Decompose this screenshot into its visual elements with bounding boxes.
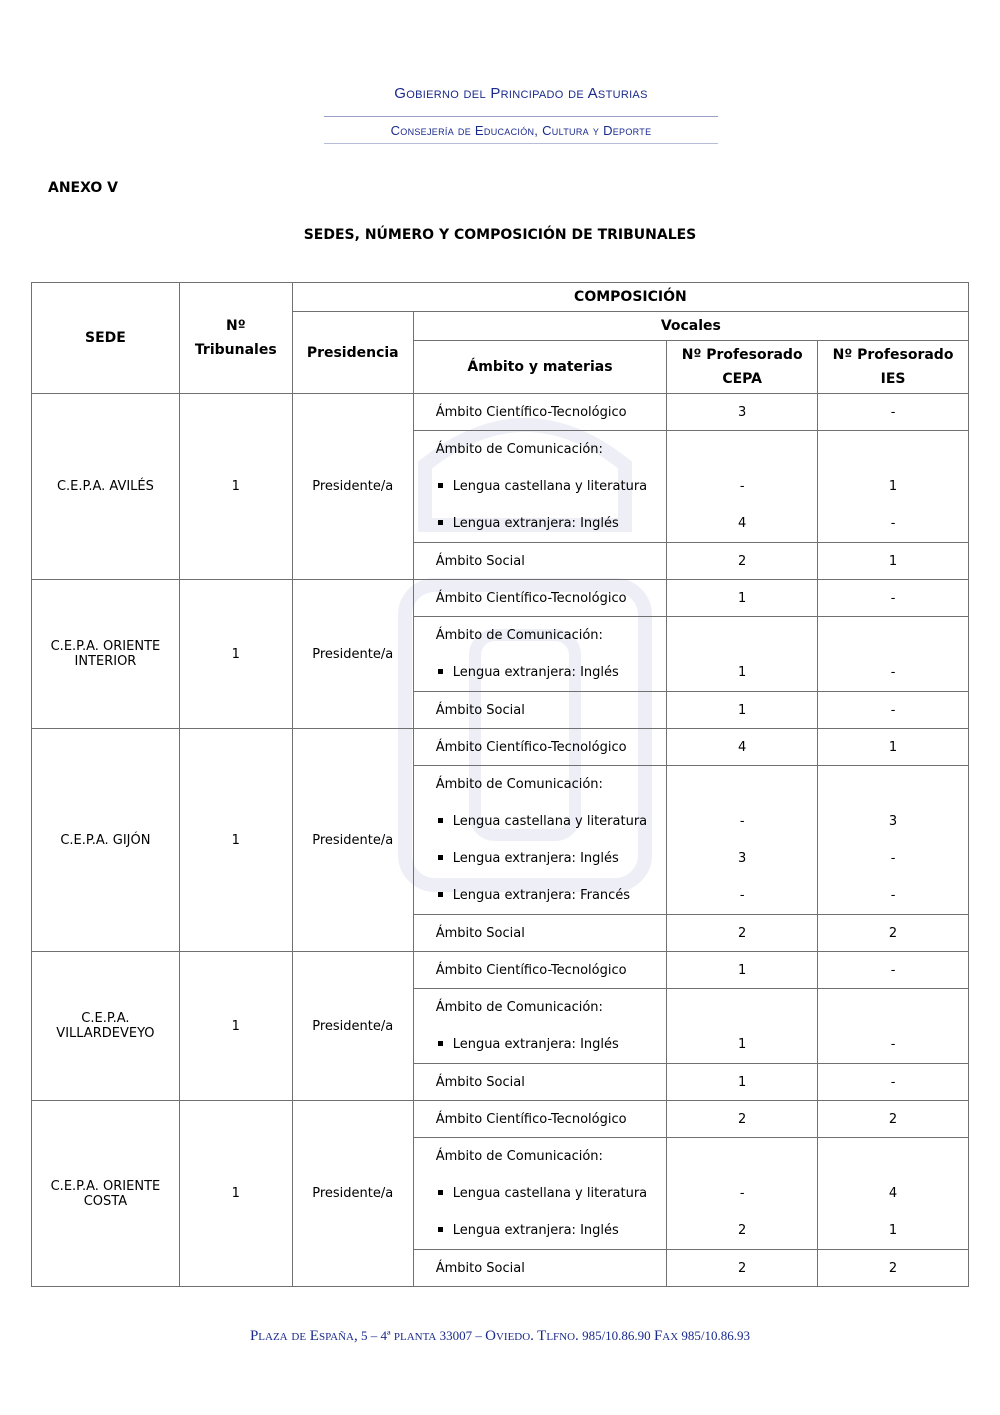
materia-label: Lengua extranjera: Inglés (453, 1223, 619, 1238)
ambito-label: Ámbito Social (413, 543, 667, 580)
spacer (818, 989, 968, 1026)
ambito-comunicacion: Ámbito de Comunicación:Lengua castellana… (413, 766, 667, 915)
spacer (818, 617, 968, 654)
tribunales-count: 1 (179, 394, 292, 580)
ies-value: - (818, 692, 969, 729)
ies-value: 1 (818, 543, 969, 580)
table-row: C.E.P.A. VILLARDEVEYO1Presidente/aÁmbito… (32, 952, 969, 989)
spacer (667, 989, 817, 1026)
presidencia-value: Presidente/a (292, 729, 413, 952)
cepa-value: 3 (667, 840, 817, 877)
materia-item: Lengua castellana y literatura (436, 468, 667, 505)
bullet-icon (438, 520, 443, 525)
header-vocales: Vocales (413, 312, 968, 341)
ambito-label: Ámbito de Comunicación: (436, 617, 667, 654)
ambito-comunicacion: Ámbito de Comunicación:Lengua extranjera… (413, 989, 667, 1064)
cepa-value: 1 (667, 654, 817, 691)
cepa-value: 4 (667, 729, 818, 766)
ambito-comunicacion: Ámbito de Comunicación:Lengua castellana… (413, 431, 667, 543)
presidencia-value: Presidente/a (292, 394, 413, 580)
materia-item: Lengua castellana y literatura (436, 1175, 667, 1212)
tribunales-count: 1 (179, 1101, 292, 1287)
materia-item: Lengua extranjera: Inglés (436, 840, 667, 877)
ambito-label: Ámbito Científico-Tecnológico (413, 580, 667, 617)
cepa-value: 1 (667, 692, 818, 729)
materia-item: Lengua extranjera: Inglés (436, 1026, 667, 1063)
tribunales-count: 1 (179, 952, 292, 1101)
header-ambito: Ámbito y materias (413, 341, 667, 394)
ies-values: 3-- (818, 766, 969, 915)
materia-label: Lengua extranjera: Inglés (453, 1037, 619, 1052)
bullet-icon (438, 669, 443, 674)
ies-value: - (818, 394, 969, 431)
cepa-values: 1 (667, 617, 818, 692)
ambito-label: Ámbito de Comunicación: (436, 989, 667, 1026)
materia-item: Lengua extranjera: Francés (436, 877, 667, 914)
cepa-value: 1 (667, 1064, 818, 1101)
tribunals-body: C.E.P.A. AVILÉS1Presidente/aÁmbito Cient… (32, 394, 969, 1287)
ies-value: 2 (818, 1101, 969, 1138)
table-row: C.E.P.A. ORIENTE INTERIOR1Presidente/aÁm… (32, 580, 969, 617)
ambito-label: Ámbito Científico-Tecnológico (413, 394, 667, 431)
ies-values: - (818, 989, 969, 1064)
materia-item: Lengua castellana y literatura (436, 803, 667, 840)
ies-value: - (818, 840, 968, 877)
materia-label: Lengua castellana y literatura (453, 1186, 647, 1201)
ambito-label: Ámbito Social (413, 692, 667, 729)
cepa-value: 2 (667, 915, 818, 952)
ies-value: 2 (818, 1250, 969, 1287)
table-row: C.E.P.A. AVILÉS1Presidente/aÁmbito Cient… (32, 394, 969, 431)
cepa-value: 2 (667, 1250, 818, 1287)
tribunales-count: 1 (179, 729, 292, 952)
spacer (667, 1138, 817, 1175)
ies-value: 3 (818, 803, 968, 840)
cepa-values: -2 (667, 1138, 818, 1250)
ambito-label: Ámbito de Comunicación: (436, 431, 667, 468)
ambito-label: Ámbito Social (413, 1250, 667, 1287)
cepa-value: 1 (667, 580, 818, 617)
materia-label: Lengua extranjera: Inglés (453, 851, 619, 866)
cepa-value: 1 (667, 952, 818, 989)
cepa-value: 1 (667, 1026, 817, 1063)
ies-value: - (818, 654, 968, 691)
materia-label: Lengua castellana y literatura (453, 479, 647, 494)
header-rule-bottom (324, 143, 718, 144)
department-name: Consejería de Educación, Cultura y Depor… (324, 121, 718, 141)
bullet-icon (438, 1190, 443, 1195)
header-presidencia: Presidencia (292, 312, 413, 394)
letterhead: Gobierno del Principado de Asturias Cons… (324, 82, 718, 144)
footer-address: Plaza de España, 5 – 4ª planta 33007 – O… (0, 1328, 1000, 1345)
sede-name: C.E.P.A. AVILÉS (32, 394, 180, 580)
ies-value: - (818, 580, 969, 617)
ies-value: 1 (818, 729, 969, 766)
tribunales-count: 1 (179, 580, 292, 729)
ies-values: 1- (818, 431, 969, 543)
ambito-comunicacion: Ámbito de Comunicación:Lengua extranjera… (413, 617, 667, 692)
materia-item: Lengua extranjera: Inglés (436, 654, 667, 691)
cepa-value: 2 (667, 1212, 817, 1249)
header-tribunales: Nº Tribunales (179, 283, 292, 394)
materia-label: Lengua extranjera: Francés (453, 888, 630, 903)
ies-value: - (818, 877, 968, 914)
spacer (667, 617, 817, 654)
bullet-icon (438, 1227, 443, 1232)
ambito-label: Ámbito Científico-Tecnológico (413, 729, 667, 766)
header-cepa: Nº Profesorado CEPA (667, 341, 818, 394)
bullet-icon (438, 483, 443, 488)
materia-label: Lengua extranjera: Inglés (453, 665, 619, 680)
bullet-icon (438, 1041, 443, 1046)
spacer (818, 431, 968, 468)
table-row: C.E.P.A. ORIENTE COSTA1Presidente/aÁmbit… (32, 1101, 969, 1138)
cepa-values: -4 (667, 431, 818, 543)
ies-value: 1 (818, 1212, 968, 1249)
ies-value: - (818, 505, 968, 542)
cepa-value: - (667, 468, 817, 505)
ambito-label: Ámbito Social (413, 915, 667, 952)
ambito-label: Ámbito Social (413, 1064, 667, 1101)
materia-item: Lengua extranjera: Inglés (436, 1212, 667, 1249)
cepa-value: - (667, 1175, 817, 1212)
spacer (818, 1138, 968, 1175)
header-composicion: COMPOSICIÓN (292, 283, 968, 312)
ies-value: - (818, 1064, 969, 1101)
spacer (667, 766, 817, 803)
ambito-label: Ámbito Científico-Tecnológico (413, 952, 667, 989)
cepa-value: 3 (667, 394, 818, 431)
sede-name: C.E.P.A. GIJÓN (32, 729, 180, 952)
bullet-icon (438, 892, 443, 897)
cepa-values: 1 (667, 989, 818, 1064)
cepa-value: - (667, 803, 817, 840)
header-rule (324, 116, 718, 117)
ies-value: - (818, 952, 969, 989)
materia-item: Lengua extranjera: Inglés (436, 505, 667, 542)
header-ies: Nº Profesorado IES (818, 341, 969, 394)
sede-name: C.E.P.A. ORIENTE COSTA (32, 1101, 180, 1287)
cepa-value: - (667, 877, 817, 914)
cepa-values: -3- (667, 766, 818, 915)
spacer (818, 766, 968, 803)
ambito-label: Ámbito Científico-Tecnológico (413, 1101, 667, 1138)
sede-name: C.E.P.A. ORIENTE INTERIOR (32, 580, 180, 729)
cepa-value: 2 (667, 1101, 818, 1138)
presidencia-value: Presidente/a (292, 952, 413, 1101)
bullet-icon (438, 818, 443, 823)
table-row: C.E.P.A. GIJÓN1Presidente/aÁmbito Cientí… (32, 729, 969, 766)
ies-value: 1 (818, 468, 968, 505)
government-name: Gobierno del Principado de Asturias (324, 82, 718, 106)
materia-label: Lengua extranjera: Inglés (453, 516, 619, 531)
ies-values: 41 (818, 1138, 969, 1250)
ambito-comunicacion: Ámbito de Comunicación:Lengua castellana… (413, 1138, 667, 1250)
presidencia-value: Presidente/a (292, 580, 413, 729)
materia-label: Lengua castellana y literatura (453, 814, 647, 829)
document-title: SEDES, NÚMERO Y COMPOSICIÓN DE TRIBUNALE… (0, 227, 1000, 243)
cepa-value: 4 (667, 505, 817, 542)
ies-value: 2 (818, 915, 969, 952)
presidencia-value: Presidente/a (292, 1101, 413, 1287)
header-sede: SEDE (32, 283, 180, 394)
bullet-icon (438, 855, 443, 860)
ies-values: - (818, 617, 969, 692)
tribunals-table: SEDE Nº Tribunales COMPOSICIÓN Presidenc… (31, 282, 969, 1287)
ies-value: - (818, 1026, 968, 1063)
annex-label: ANEXO V (48, 180, 118, 196)
ies-value: 4 (818, 1175, 968, 1212)
ambito-label: Ámbito de Comunicación: (436, 1138, 667, 1175)
cepa-value: 2 (667, 543, 818, 580)
sede-name: C.E.P.A. VILLARDEVEYO (32, 952, 180, 1101)
spacer (667, 431, 817, 468)
ambito-label: Ámbito de Comunicación: (436, 766, 667, 803)
